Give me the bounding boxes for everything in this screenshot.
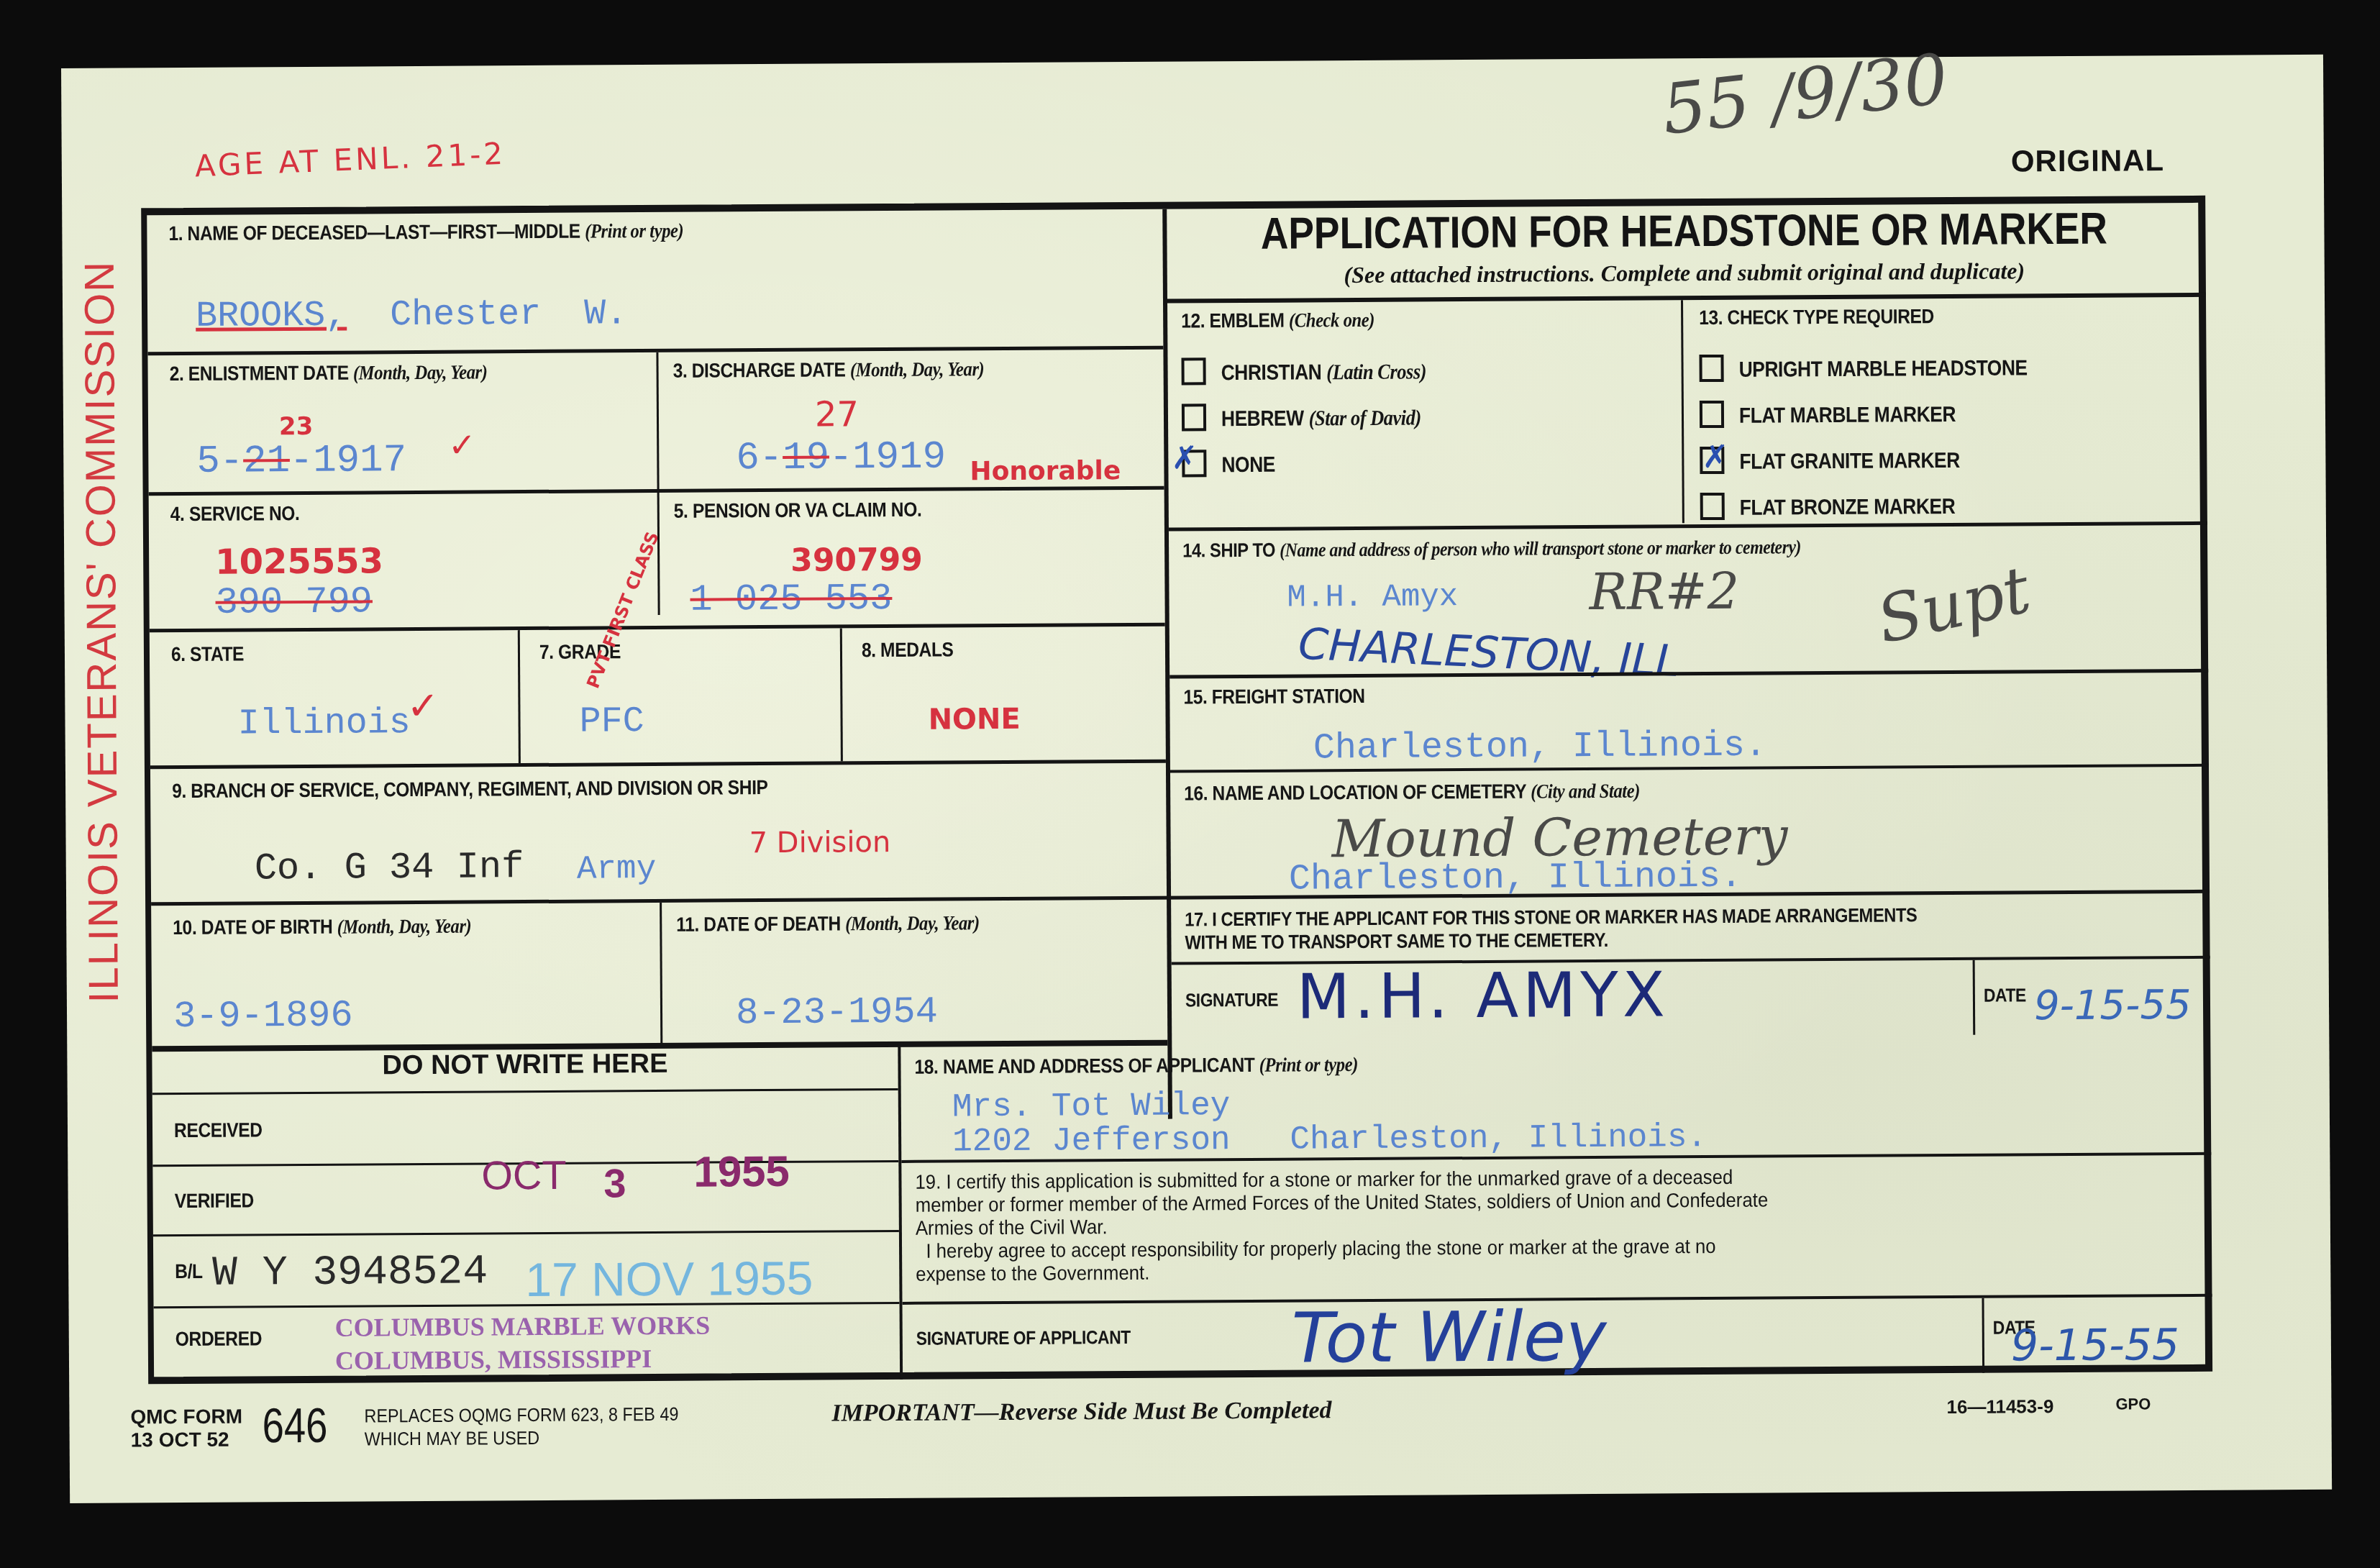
checkmark-icon: ✓: [406, 683, 439, 729]
field-3-label: 3. DISCHARGE DATE (Month, Day, Year): [672, 357, 984, 383]
received-label: RECEIVED: [174, 1118, 263, 1142]
cell-divider: [1973, 960, 1976, 1035]
applicant-signature-label: SIGNATURE OF APPLICANT: [916, 1326, 1131, 1350]
footer-gpo: GPO: [2115, 1395, 2151, 1413]
deceased-name-value: BROOKS, Chester W.: [196, 293, 627, 337]
transporter-signature-label: SIGNATURE: [1185, 989, 1278, 1012]
medals-value: NONE: [928, 703, 1021, 737]
checkbox-flat-bronze-marker[interactable]: [1700, 493, 1725, 520]
type-option-flat-bronze-marker[interactable]: FLAT BRONZE MARKER: [61, 55, 2323, 68]
bill-of-lading-label: B/L: [175, 1260, 203, 1283]
state-value: Illinois: [237, 703, 410, 744]
field-14-label: 14. SHIP TO (Name and address of person …: [1182, 536, 1801, 562]
service-number-struck: 390 799: [215, 580, 373, 624]
branch-typed-value: Co. G 34 Inf: [255, 846, 524, 890]
claim-number-correction: 390799: [790, 542, 923, 579]
field-11-label: 11. DATE OF DEATH (Month, Day, Year): [676, 911, 980, 937]
type-option-flat-granite-marker[interactable]: ✗ FLAT GRANITE MARKER: [61, 55, 2323, 68]
checkbox-upright-marble-headstone[interactable]: [1699, 355, 1723, 382]
checkbox-flat-marble-marker[interactable]: [1700, 401, 1724, 428]
field-1-label: 1. NAME OF DECEASED—LAST—FIRST—MIDDLE (P…: [168, 219, 683, 246]
emblem-option-none[interactable]: ✗ NONE: [61, 55, 2323, 68]
enlistment-day-correction: 23: [279, 412, 314, 441]
applicant-signature: Tot Wiley: [1291, 1296, 1606, 1379]
transporter-signature: M.H. AMYX: [1297, 959, 1669, 1033]
field-10-label: 10. DATE OF BIRTH (Month, Day, Year): [173, 915, 471, 941]
field-6-label: 6. STATE: [171, 642, 244, 666]
footer-form-id: QMC FORM 13 OCT 52: [130, 1405, 242, 1451]
applicant-name-value: Mrs. Tot Wiley: [952, 1088, 1231, 1124]
field-19-certification-text: 19. I certify this application is submit…: [915, 1166, 1768, 1286]
field-16-label: 16. NAME AND LOCATION OF CEMETERY (City …: [1184, 780, 1640, 806]
side-label-illinois-veterans-commission: ILLINOIS VETERANS' COMMISSION: [76, 260, 128, 1003]
field-15-label: 15. FREIGHT STATION: [1183, 685, 1364, 709]
checkbox-hebrew[interactable]: [1182, 404, 1206, 431]
ship-to-name-value: M.H. Amyx: [1287, 579, 1458, 616]
applicant-date-value: 9-15-55: [2011, 1320, 2180, 1371]
form-title: APPLICATION FOR HEADSTONE OR MARKER: [1241, 203, 2126, 260]
service-number-correction: 1025553: [215, 541, 383, 582]
field-18-label: 18. NAME AND ADDRESS OF APPLICANT (Print…: [914, 1053, 1358, 1080]
field-2-label: 2. ENLISTMENT DATE (Month, Day, Year): [170, 360, 488, 386]
field-17-label-line1: 17. I CERTIFY THE APPLICANT FOR THIS STO…: [1185, 904, 1917, 931]
freight-station-value: Charleston, Illinois.: [1313, 726, 1766, 770]
option-label: UPRIGHT MARBLE HEADSTONE: [1739, 356, 2028, 382]
checkmark-icon: ✓: [448, 425, 476, 464]
field-5-label: 5. PENSION OR VA CLAIM NO.: [674, 498, 922, 523]
footer-form-number: 646: [262, 1398, 327, 1454]
ship-to-route-value: RR#2: [1589, 562, 1739, 621]
cemetery-location-value: Charleston, Illinois.: [1289, 857, 1742, 901]
applicant-address-value: 1202 Jefferson Charleston, Illinois.: [952, 1120, 1707, 1159]
division-handwritten-value: 7 Division: [749, 826, 890, 860]
option-label: NONE: [1221, 453, 1275, 478]
shipment-date-stamp: 17 NOV 1955: [525, 1251, 813, 1307]
verified-label: VERIFIED: [175, 1189, 254, 1213]
field-17-label-line2: WITH ME TO TRANSPORT SAME TO THE CEMETER…: [1185, 929, 1608, 954]
footer-replaces-note: REPLACES OQMG FORM 623, 8 FEB 49 WHICH M…: [364, 1403, 678, 1451]
verified-stamp-month: OCT: [481, 1152, 567, 1199]
discharge-day-correction: 27: [815, 394, 859, 434]
death-date-value: 8-23-1954: [736, 991, 938, 1035]
discharge-type-note: Honorable: [970, 456, 1121, 486]
transporter-date-label: DATE: [1984, 984, 2026, 1006]
footer-print-code: 16—11453-9: [1946, 1395, 2053, 1418]
field-9-label: 9. BRANCH OF SERVICE, COMPANY, REGIMENT,…: [172, 776, 768, 803]
ordered-from-line2: COLUMBUS, MISSISSIPPI: [335, 1344, 652, 1376]
checkmark-icon: ✗: [1171, 442, 1198, 474]
option-label: HEBREW (Star of David): [1221, 406, 1421, 432]
emblem-option-hebrew[interactable]: HEBREW (Star of David): [61, 55, 2323, 68]
field-8-label: 8. MEDALS: [862, 638, 954, 662]
option-label: FLAT GRANITE MARKER: [1739, 449, 1960, 475]
discharge-date-value: 6-19-1919: [736, 435, 946, 480]
copy-label-original: ORIGINAL: [2011, 143, 2165, 178]
field-13-label: 13. CHECK TYPE REQUIRED: [1699, 305, 1934, 329]
option-label: CHRISTIAN (Latin Cross): [1221, 360, 1427, 386]
option-label: FLAT MARBLE MARKER: [1739, 403, 1956, 429]
option-label: FLAT BRONZE MARKER: [1740, 495, 1956, 521]
headstone-application-form: ILLINOIS VETERANS' COMMISSION AGE AT ENL…: [61, 55, 2332, 1503]
field-12-label: 12. EMBLEM (Check one): [1181, 309, 1374, 334]
field-4-label: 4. SERVICE NO.: [170, 502, 300, 526]
enlistment-date-value: 5-21-1917: [196, 439, 406, 484]
verified-stamp-day: 3: [603, 1159, 626, 1206]
type-option-upright-marble-headstone[interactable]: UPRIGHT MARBLE HEADSTONE: [61, 55, 2323, 68]
top-right-handwritten-note: 55 /9/30: [1658, 38, 1952, 150]
age-at-enlistment-note: AGE AT ENL. 21-2: [194, 136, 506, 184]
branch-army-value: Army: [577, 850, 657, 888]
office-use-header: DO NOT WRITE HERE: [152, 1047, 898, 1082]
birth-date-value: 3-9-1896: [173, 995, 353, 1039]
type-option-flat-marble-marker[interactable]: FLAT MARBLE MARKER: [61, 55, 2323, 68]
footer-important-note: IMPORTANT—Reverse Side Must Be Completed: [831, 1397, 1331, 1427]
claim-number-struck: 1 025 553: [690, 578, 892, 621]
cell-divider: [1982, 1298, 1984, 1373]
emblem-option-christian[interactable]: CHRISTIAN (Latin Cross): [61, 55, 2323, 68]
verified-stamp-year: 1955: [693, 1147, 790, 1197]
ordered-from-line1: COLUMBUS MARBLE WORKS: [335, 1311, 711, 1343]
transporter-date-value: 9-15-55: [2034, 982, 2192, 1029]
checkbox-christian[interactable]: [1181, 357, 1205, 385]
checkmark-icon: ✗: [1702, 442, 1728, 473]
bill-of-lading-value: W Y 3948524: [212, 1249, 488, 1297]
grade-value: PFC: [579, 701, 644, 743]
ordered-label: ORDERED: [175, 1327, 262, 1351]
